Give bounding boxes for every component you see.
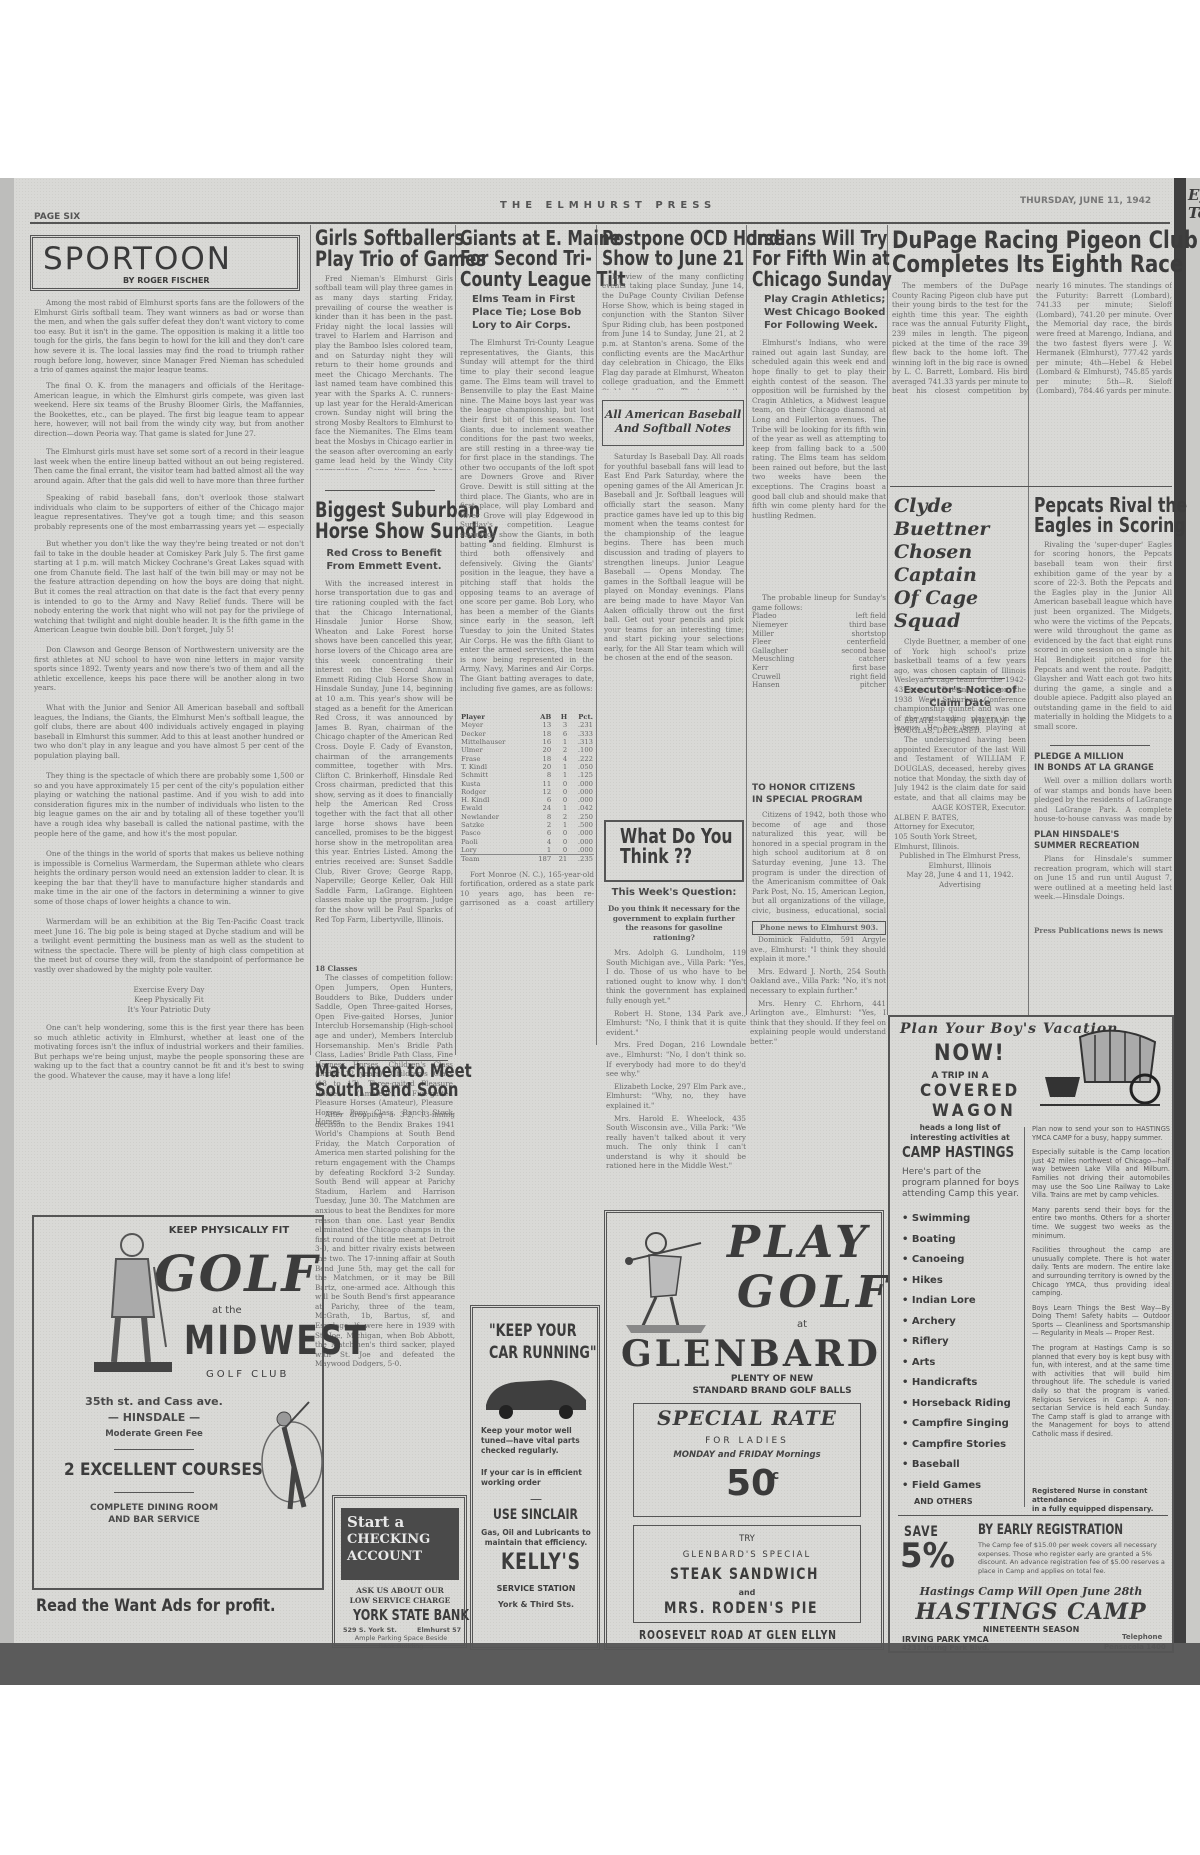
- phone-notice: Phone news to Elmhurst 903.: [753, 922, 885, 934]
- camp-detail-paragraph: Facilities throughout the camp are unusu…: [1032, 1246, 1170, 1298]
- lineup-row: Hansenpitcher: [752, 681, 886, 690]
- answers-list: Dominick Faldutto, 591 Argyle ave., Elmh…: [750, 935, 886, 1050]
- golfer-illustration-icon: [84, 1227, 174, 1377]
- article-body: With the increased interest in horse tra…: [315, 579, 453, 964]
- subhead-line: For Following Week.: [764, 319, 886, 332]
- table-cell: 20: [530, 746, 553, 754]
- column-rule: [455, 225, 456, 1055]
- lineup-row: Millershortstop: [752, 630, 886, 639]
- article-pepcats: Pepcats Rival the Eagles in Scoring Riva…: [1034, 495, 1172, 736]
- attorney-line: Elmhurst, Illinois.: [894, 842, 1026, 852]
- camp-details: Plan now to send your son to HASTINGS YM…: [1032, 1125, 1170, 1445]
- player-position: catcher: [858, 655, 886, 664]
- save-percent: 5%: [900, 1539, 955, 1574]
- headline-line: DuPage Racing Pigeon Club: [892, 228, 1122, 252]
- answer-item: Mrs. Fred Dogan, 216 Lowndale ave., Elmh…: [606, 1040, 746, 1078]
- table-cell: Schmitt: [460, 771, 530, 779]
- adjacent-headline-line: Told: [1188, 204, 1200, 222]
- table-cell: Frase: [460, 755, 530, 763]
- lineup-row: Cruwellright field: [752, 673, 886, 682]
- try: TRY: [634, 1534, 860, 1544]
- headline-line: IN SPECIAL PROGRAM: [752, 794, 886, 806]
- all-american-headline: All American Baseball And Softball Notes: [603, 408, 743, 436]
- player-position: shortstop: [852, 630, 886, 639]
- nurse-notice: Registered Nurse in constant attendance …: [1032, 1487, 1170, 1514]
- table-cell: .231: [568, 721, 594, 729]
- headline-line: For Fifth Win at: [752, 248, 857, 268]
- balls-line: STANDARD BRAND GOLF BALLS: [667, 1385, 877, 1397]
- glenbards-special: GLENBARD'S SPECIAL: [634, 1550, 860, 1560]
- column-rule: [596, 225, 597, 1045]
- article-honor-citizens: TO HONOR CITIZENS IN SPECIAL PROGRAM Cit…: [752, 782, 886, 935]
- dash-icon: —: [477, 1492, 595, 1506]
- table-cell: 4: [530, 838, 553, 846]
- attorney-line: ALBEN F. BATES,: [894, 813, 1026, 823]
- bank-parking: Ample Parking Space Beside Bank Building: [339, 1634, 463, 1650]
- table-cell: Paoli: [460, 838, 530, 846]
- headline-line: Think ??: [620, 846, 715, 866]
- ad-location: York & Third Sts.: [477, 1600, 595, 1609]
- activity-item: • Archery: [902, 1312, 1022, 1333]
- table-cell: .500: [568, 821, 594, 829]
- checking-banner: Start a CHECKING ACCOUNT: [341, 1508, 459, 1580]
- ad-name: KELLY'S: [501, 1552, 581, 1574]
- table-cell: 12: [530, 788, 553, 796]
- article-plan-hinsdale: PLAN HINSDALE'S SUMMER RECREATION Plans …: [1034, 830, 1172, 936]
- activities-list: • Swimming• Boating• Canoeing• Hikes• In…: [902, 1209, 1022, 1496]
- player-position: left field: [856, 612, 886, 621]
- bank-phone: Elmhurst 57: [417, 1626, 461, 1634]
- table-cell: 2: [552, 813, 568, 821]
- nurse-line: in a fully equipped dispensary.: [1032, 1505, 1170, 1514]
- banner-line: CHECKING: [347, 1531, 453, 1548]
- answer-item: Mrs. Edward J. North, 254 South Oakland …: [750, 967, 886, 996]
- headline-line: And Softball Notes: [603, 422, 743, 436]
- section-title: 18 Classes: [315, 964, 453, 974]
- camp-detail-paragraph: The program at Hastings Camp is so plann…: [1032, 1344, 1170, 1439]
- sportoon-title: SPORTOON: [43, 242, 232, 276]
- table-cell: 0: [552, 780, 568, 788]
- covered-wagon-icon: [1040, 1027, 1165, 1112]
- sportoon-paragraph: What with the Junior and Senior All Amer…: [34, 703, 304, 761]
- price: 50: [726, 1464, 776, 1504]
- table-row: Kusta110.000: [460, 780, 594, 788]
- fee-text: The Camp fee of $15.00 per week covers a…: [978, 1541, 1166, 1575]
- sportoon-closing: One can't help wondering, some this is t…: [34, 1023, 304, 1081]
- article-body: Well over a million dollars worth of war…: [1034, 776, 1172, 824]
- ad-text: Keep your motor well tuned—have vital pa…: [481, 1426, 591, 1456]
- published-line: Published in The Elmhurst Press,: [894, 851, 1026, 861]
- headline-line: Indians Will Try: [752, 228, 857, 248]
- subhead-line: Play Cragin Athletics;: [764, 293, 886, 306]
- divider: [890, 486, 1172, 487]
- table-row: Mittelhauser161.313: [460, 738, 594, 746]
- player-name: Miller: [752, 630, 774, 639]
- price-unit: c: [772, 1468, 779, 1482]
- player-name: Meuschling: [752, 655, 794, 664]
- sportoon-paragraph: The Elmhurst girls must have set some so…: [34, 447, 304, 485]
- estate-name: ESTATE OF WILLIAM F. DOUGLAS, DECEASED.: [894, 716, 1026, 735]
- issue-date: THURSDAY, JUNE 11, 1942: [1020, 196, 1151, 206]
- published-block: Published in The Elmhurst Press, Elmhurs…: [894, 851, 1026, 889]
- subhead-line: Lory to Air Corps.: [472, 319, 594, 332]
- headline-line: Chicago Sunday: [752, 269, 857, 289]
- table-cell: 0: [552, 796, 568, 804]
- headline-line: Executor's Notice of: [894, 684, 1026, 697]
- table-cell: 187: [530, 855, 553, 864]
- table-cell: Ulmer: [460, 746, 530, 754]
- ad-service: SERVICE STATION: [477, 1584, 595, 1593]
- table-cell: 0: [552, 829, 568, 837]
- verse-line: It's Your Patriotic Duty: [34, 1005, 304, 1015]
- table-row: Satzke21.500: [460, 821, 594, 829]
- headline-line: For Second Tri-: [460, 248, 565, 268]
- table-row: Newlander82.250: [460, 813, 594, 821]
- ad-trip: A TRIP IN A: [890, 1071, 1030, 1081]
- headline-line: PLEDGE A MILLION: [1034, 752, 1172, 763]
- ad-intro: Here's part of the program planned for b…: [902, 1167, 1022, 1200]
- article-body: Plans for Hinsdale's summer recreation p…: [1034, 854, 1172, 922]
- adjacent-headline: Eye- Told: [1188, 186, 1200, 222]
- column-rule: [887, 225, 888, 1015]
- ad-wagon: WAGON: [932, 1103, 1016, 1120]
- table-cell: 24: [530, 804, 553, 812]
- executor-name: AAGE KOSTER, Executor.: [894, 803, 1026, 813]
- subhead-line: Place Tie; Lose Bob: [472, 306, 594, 319]
- and-others: AND OTHERS: [914, 1497, 973, 1506]
- ad-dining: COMPLETE DINING ROOM AND BAR SERVICE: [54, 1502, 254, 1526]
- sportoon-paragraph: Speaking of rabid baseball fans, don't o…: [34, 493, 304, 531]
- table-cell: .000: [568, 829, 594, 837]
- ad-camp-hastings: Plan Your Boy's Vacation NOW! A TRIP IN …: [888, 1015, 1174, 1653]
- table-row: T. Kindl201.050: [460, 763, 594, 771]
- column-rule: [1024, 1127, 1025, 1507]
- column-header: Player: [460, 713, 530, 721]
- player-name: Cruwell: [752, 673, 781, 682]
- paper-name: THE ELMHURST PRESS: [500, 200, 716, 211]
- column-header: Pct.: [568, 713, 594, 721]
- activity-item: • Field Games: [902, 1476, 1022, 1497]
- article-ocd-horse-show: Postpone OCD Horse Show to June 21 In vi…: [602, 228, 744, 390]
- table-header: PlayerABHPct.: [460, 713, 594, 721]
- table-cell: 16: [530, 738, 553, 746]
- table-cell: Meyer: [460, 721, 530, 729]
- column-header: H: [552, 713, 568, 721]
- steak-special-box: TRY GLENBARD'S SPECIAL STEAK SANDWICH an…: [633, 1525, 861, 1623]
- player-position: right field: [850, 673, 886, 682]
- answer-item: Mrs. Harold E. Wheelock, 435 South Wisco…: [606, 1114, 746, 1172]
- lineup-row: Meuschlingcatcher: [752, 655, 886, 664]
- lineup-row: Fleercenterfield: [752, 638, 886, 647]
- article-body: Citizens of 1942, both those who become …: [752, 810, 886, 915]
- sportoon-paragraph: The final O. K. from the managers and of…: [34, 381, 304, 439]
- phone-notice-box: Phone news to Elmhurst 903.: [752, 921, 886, 935]
- page-label: PAGE SIX: [34, 212, 80, 222]
- special-rate: SPECIAL RATE: [634, 1406, 860, 1430]
- answer-item: Mrs. Adolph G. Lundholm, 119 South Michi…: [606, 948, 746, 1006]
- subhead: Elms Team in First Place Tie; Lose Bob L…: [472, 293, 594, 332]
- player-position: second base: [841, 647, 886, 656]
- activity-item: • Riflery: [902, 1332, 1022, 1353]
- sportoon-verse: Exercise Every Day Keep Physically Fit I…: [34, 985, 304, 1015]
- sportoon-column: Among the most rabid of Elmhurst sports …: [34, 298, 304, 1081]
- ad-heads: heads a long list of interesting activit…: [890, 1123, 1030, 1143]
- ad-kellys-service: "KEEP YOUR CAR RUNNING" Keep your motor …: [470, 1305, 600, 1650]
- page-left-edge: [0, 178, 14, 1643]
- attorney-block: ALBEN F. BATES, Attorney for Executor, 1…: [894, 813, 1026, 851]
- headline-line: South Bend Soon: [315, 1081, 424, 1100]
- masthead-rule: [30, 222, 1170, 224]
- camp-ymca: IRVING PARK YMCA: [902, 1635, 989, 1644]
- published-line: Advertising: [894, 880, 1026, 890]
- player-name: Kerr: [752, 664, 768, 673]
- article-body: The Elmhurst Tri-County League represent…: [460, 338, 594, 713]
- lineup-row: Pladeoleft field: [752, 612, 886, 621]
- for-ladies: FOR LADIES: [634, 1436, 860, 1446]
- sportoon-header-box: SPORTOON BY ROGER FISCHER: [30, 235, 300, 291]
- table-cell: .250: [568, 813, 594, 821]
- answer-item: Robert H. Stone, 134 Park ave., Elmhurst…: [606, 1009, 746, 1038]
- table-body: Meyer133.231Decker186.333Mittelhauser161…: [460, 721, 594, 863]
- table-cell: 6: [552, 730, 568, 738]
- table-cell: Rodger: [460, 788, 530, 796]
- ad-brand: USE SINCLAIR: [493, 1508, 578, 1522]
- table-cell: Mittelhauser: [460, 738, 530, 746]
- and: and: [634, 1588, 860, 1597]
- sportoon-paragraph: One of the things in the world of sports…: [34, 849, 304, 907]
- ad-location: ROOSEVELT ROAD AT GLEN ELLYN: [639, 1629, 837, 1641]
- headline-line: SUMMER RECREATION: [1034, 841, 1172, 852]
- notice-body: The undersigned having been appointed Ex…: [894, 735, 1026, 803]
- table-row: Pasco60.000: [460, 829, 594, 837]
- headline-line: Clyde Buettner: [894, 495, 1026, 541]
- ad-headline-line: CAR RUNNING": [489, 1342, 597, 1364]
- matchmen-body-columns: After dropping a 3-2, 13-inning decision…: [315, 1110, 605, 1298]
- subhead-line: From Emmett Event.: [315, 560, 453, 573]
- table-cell: 0: [552, 838, 568, 846]
- camp-phone-label: Telephone: [1122, 1633, 1162, 1641]
- table-cell: Ewald: [460, 804, 530, 812]
- banner-line: ACCOUNT: [347, 1548, 453, 1565]
- ad-golf: GOLF: [737, 1269, 891, 1317]
- ad-york-state-bank: Start a CHECKING ACCOUNT ASK US ABOUT OU…: [332, 1495, 467, 1648]
- table-cell: Newlander: [460, 813, 530, 821]
- table-cell: .000: [568, 838, 594, 846]
- article-pigeon-club: DuPage Racing Pigeon Club Completes Its …: [892, 228, 1172, 439]
- table-cell: 11: [530, 780, 553, 788]
- table-row: Team18721.235: [460, 855, 594, 864]
- sportoon-paragraph: Warmerdam will be an exhibition at the B…: [34, 917, 304, 975]
- headline-line: Biggest Suburban: [315, 500, 423, 521]
- activity-item: • Arts: [902, 1353, 1022, 1374]
- ad-at: at: [797, 1319, 807, 1330]
- camp-detail-paragraph: Many parents send their boys for the ent…: [1032, 1206, 1170, 1240]
- ad-midwest-golf: KEEP PHYSICALLY FIT GOLF at the MIDWEST …: [32, 1215, 324, 1590]
- ad-play: PLAY: [727, 1219, 870, 1267]
- table-row: Ewald241.042: [460, 804, 594, 812]
- player-name: Gallagher: [752, 647, 788, 656]
- headline-line: What Do You: [620, 826, 715, 846]
- table-cell: .313: [568, 738, 594, 746]
- table-row: Schmitt81.125: [460, 771, 594, 779]
- what-do-you-think-box: What Do You Think ??: [604, 820, 744, 882]
- ad-text: Gas, Oil and Lubricants to maintain that…: [477, 1528, 595, 1548]
- ask-line: LOW SERVICE CHARGE: [337, 1596, 463, 1606]
- article-indians: Indians Will Try For Fifth Win at Chicag…: [752, 228, 886, 690]
- headline-line: PLAN HINSDALE'S: [1034, 830, 1172, 841]
- table-cell: 3: [552, 721, 568, 729]
- heads-line: interesting activities at: [890, 1133, 1030, 1143]
- article-body: Rivaling the 'super-duper' Eagles for sc…: [1034, 540, 1172, 736]
- published-line: Elmhurst, Illinois: [894, 861, 1026, 871]
- table-cell: 18: [530, 730, 553, 738]
- adjacent-headline-line: Eye-: [1188, 186, 1200, 204]
- answer-item: Elizabeth Locke, 297 Elm Park ave., Elmh…: [606, 1082, 746, 1111]
- table-cell: 1: [530, 846, 553, 855]
- activity-item: • Hikes: [902, 1271, 1022, 1292]
- headline-line: Play Trio of Games: [315, 249, 423, 270]
- activity-item: • Canoeing: [902, 1250, 1022, 1271]
- lineup-list: Pladeoleft fieldNiemeyerthird baseMiller…: [752, 612, 886, 689]
- subhead-line: Red Cross to Benefit: [315, 547, 453, 560]
- headline-line: Show to June 21: [602, 248, 713, 268]
- published-line: May 28, June 4 and 11, 1942.: [894, 870, 1026, 880]
- player-name: Pladeo: [752, 612, 777, 621]
- verse-line: Exercise Every Day: [34, 985, 304, 995]
- table-row: Paoli40.000: [460, 838, 594, 846]
- mrs-rodens-pie: MRS. RODEN'S PIE: [664, 1600, 818, 1616]
- nurse-line: Registered Nurse in constant attendance: [1032, 1487, 1170, 1505]
- attorney-line: Attorney for Executor,: [894, 822, 1026, 832]
- lineup-row: Kerrfirst base: [752, 664, 886, 673]
- divider: [898, 1515, 1168, 1516]
- activity-item: • Campfire Stories: [902, 1435, 1022, 1456]
- answer-item: Mrs. Henry C. Ehrhorn, 441 Arlington ave…: [750, 999, 886, 1047]
- lineup-row: Gallaghersecond base: [752, 647, 886, 656]
- headline-line: Pepcats Rival the: [1034, 495, 1142, 515]
- table-cell: .333: [568, 730, 594, 738]
- subhead-line: West Chicago Booked: [764, 306, 886, 319]
- table-cell: .235: [568, 855, 594, 864]
- table-cell: .050: [568, 763, 594, 771]
- article-body: The members of the DuPage County Racing …: [892, 281, 1172, 439]
- ad-headline-line: "KEEP YOUR: [489, 1320, 597, 1342]
- table-cell: 6: [530, 796, 553, 804]
- table-cell: .042: [568, 804, 594, 812]
- article-girls-softball: Girls Softballers Play Trio of Games Fre…: [315, 228, 453, 470]
- ad-dining-line: COMPLETE DINING ROOM: [54, 1502, 254, 1514]
- sportoon-byline: BY ROGER FISCHER: [123, 276, 210, 285]
- answers-list: Mrs. Adolph G. Lundholm, 119 South Michi…: [606, 948, 746, 1174]
- activity-item: • Indian Lore: [902, 1291, 1022, 1312]
- camp-detail-paragraph: Plan now to send your son to HASTINGS YM…: [1032, 1125, 1170, 1142]
- table-cell: 1: [552, 763, 568, 771]
- article-pledge-million: PLEDGE A MILLION IN BONDS AT LA GRANGE W…: [1034, 752, 1172, 824]
- ad-covered: COVERED: [920, 1083, 1020, 1100]
- table-row: Ulmer202.100: [460, 746, 594, 754]
- divider: [925, 678, 1005, 679]
- camp-opens: Hastings Camp Will Open June 28th: [890, 1585, 1172, 1598]
- ladies-days: MONDAY and FRIDAY Mornings: [634, 1450, 860, 1460]
- press-notice: Press Publications news is news: [1034, 926, 1172, 936]
- player-position: first base: [852, 664, 886, 673]
- ad-title: GOLF: [154, 1247, 319, 1301]
- table-cell: Lory: [460, 846, 530, 855]
- table-cell: .000: [568, 846, 594, 855]
- camp-address: 4231 Irving Park Blvd.: [902, 1644, 990, 1652]
- table-cell: 2: [552, 746, 568, 754]
- table-cell: 0: [552, 846, 568, 855]
- table-row: Lory10.000: [460, 846, 594, 855]
- headline-line: Girls Softballers: [315, 228, 423, 249]
- activity-item: • Handicrafts: [902, 1373, 1022, 1394]
- headline-line: All American Baseball: [603, 408, 743, 422]
- answer-item: Dominick Faldutto, 591 Argyle ave., Elmh…: [750, 935, 886, 964]
- table-cell: 13: [530, 721, 553, 729]
- ad-club-label: GOLF CLUB: [206, 1369, 289, 1380]
- all-american-header-box: All American Baseball And Softball Notes: [602, 400, 744, 446]
- headline-line: Of Cage Squad: [894, 587, 1026, 633]
- table-cell: 18: [530, 755, 553, 763]
- article-body: Fred Nieman's Elmhurst Girls softball te…: [315, 274, 453, 470]
- headline-line: Giants at E. Maine: [460, 228, 565, 248]
- bank-name: YORK STATE BANK: [353, 1608, 469, 1623]
- filler-item: Fort Monroe (N. C.), 165-year-old fortif…: [460, 870, 594, 910]
- parking-line: Ample Parking Space Beside: [339, 1634, 463, 1642]
- table-cell: 21: [552, 855, 568, 864]
- article-matchmen: Matchmen to Meet South Bend Soon: [315, 1062, 455, 1101]
- steak-sandwich: STEAK SANDWICH: [670, 1566, 819, 1582]
- table-cell: .222: [568, 755, 594, 763]
- activity-item: • Boating: [902, 1230, 1022, 1251]
- headline-line: Chosen Captain: [894, 541, 1026, 587]
- sportoon-paragraph: But whether you don't like the way they'…: [34, 539, 304, 635]
- table-cell: 8: [530, 813, 553, 821]
- lineup-title: The probable lineup for Sunday's game fo…: [752, 593, 886, 612]
- table-cell: .100: [568, 746, 594, 754]
- ad-text: If your car is in efficient working orde…: [481, 1468, 591, 1488]
- legal-notice-executor: Executor's Notice of Claim Date ESTATE O…: [894, 684, 1026, 890]
- ad-camp-name: CAMP HASTINGS: [902, 1145, 1014, 1160]
- ad-dining-line: AND BAR SERVICE: [54, 1514, 254, 1526]
- subhead: Play Cragin Athletics; West Chicago Book…: [764, 293, 886, 332]
- table-row: Rodger120.000: [460, 788, 594, 796]
- headline-line: Completes Its Eighth Race: [892, 252, 1122, 276]
- ad-at: at the: [212, 1305, 242, 1316]
- banner-line: Start a: [347, 1513, 453, 1531]
- ad-golf-balls: PLENTY OF NEW STANDARD BRAND GOLF BALLS: [667, 1373, 877, 1397]
- early-registration: BY EARLY REGISTRATION: [978, 1523, 1123, 1537]
- divider: [1050, 745, 1150, 746]
- camp-detail-paragraph: Especially suitable is the Camp location…: [1032, 1148, 1170, 1200]
- subhead-line: Elms Team in First: [472, 293, 594, 306]
- verse-line: Keep Physically Fit: [34, 995, 304, 1005]
- divider: [325, 490, 435, 491]
- sportoon-paragraph: They thing is the spectacle of which the…: [34, 771, 304, 839]
- table-cell: 6: [530, 829, 553, 837]
- article-body: Elmhurst's Indians, who were rained out …: [752, 338, 886, 593]
- divider: [114, 1449, 194, 1450]
- table-row: H. Kindl60.000: [460, 796, 594, 804]
- table-cell: 4: [552, 755, 568, 763]
- column-rule: [310, 225, 311, 1055]
- ask-about: ASK US ABOUT OUR LOW SERVICE CHARGE: [337, 1586, 463, 1606]
- ad-now: NOW!: [934, 1043, 1005, 1065]
- special-rate-box: SPECIAL RATE FOR LADIES MONDAY and FRIDA…: [633, 1403, 861, 1517]
- player-name: Fleer: [752, 638, 771, 647]
- question-title: This Week's Question:: [604, 886, 744, 900]
- column-rule: [746, 225, 747, 1015]
